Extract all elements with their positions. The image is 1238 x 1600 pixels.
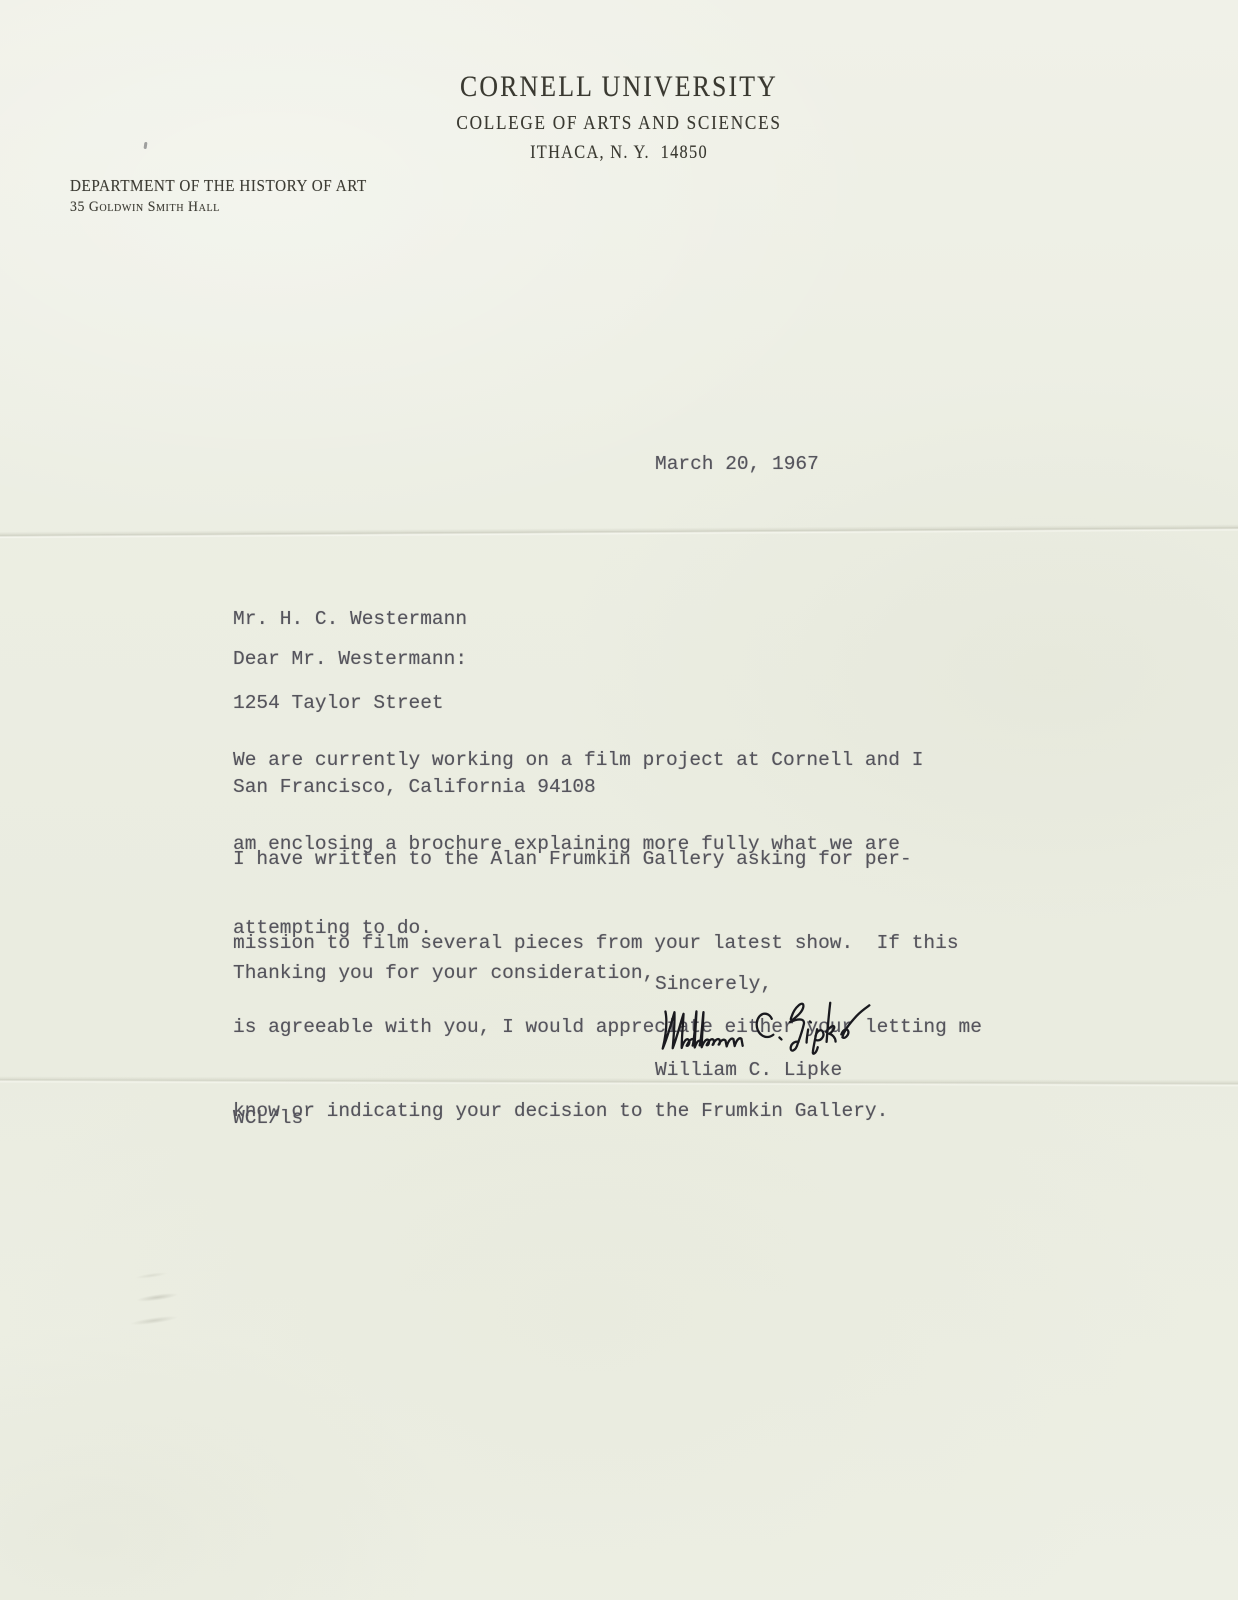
body-paragraph-3: Thanking you for your consideration,: [233, 903, 654, 1043]
recipient-name: Mr. H. C. Westermann: [233, 605, 596, 633]
paper-smudge: [103, 1256, 203, 1343]
typed-signature-name: William C. Lipke: [655, 1056, 842, 1084]
letterhead-department-block: DEPARTMENT OF THE HISTORY OF ART 35 Gold…: [70, 176, 367, 216]
typist-reference-initials: WCL/ls: [233, 1104, 303, 1132]
letter-date: March 20, 1967: [655, 450, 819, 478]
department-hall-address: 35 Goldwin Smith Hall: [70, 199, 367, 216]
body-line: know or indicating your decision to the …: [233, 1097, 982, 1125]
salutation: Dear Mr. Westermann:: [233, 645, 467, 673]
paper-fold-crease-upper: [0, 524, 1238, 539]
handwritten-signature: [657, 990, 874, 1061]
letterhead-university-name: CORNELL UNIVERSITY: [87, 70, 1152, 104]
body-line: Thanking you for your consideration,: [233, 959, 654, 987]
letterhead-location: ITHACA, N. Y. 14850: [87, 142, 1152, 164]
letterhead-college-name: COLLEGE OF ARTS AND SCIENCES: [87, 112, 1152, 135]
body-line: We are currently working on a film proje…: [233, 746, 923, 774]
scanned-letter-page: CORNELL UNIVERSITY COLLEGE OF ARTS AND S…: [0, 0, 1238, 1600]
letterhead: CORNELL UNIVERSITY COLLEGE OF ARTS AND S…: [87, 70, 1152, 164]
body-line: I have written to the Alan Frumkin Galle…: [233, 845, 982, 873]
department-name: DEPARTMENT OF THE HISTORY OF ART: [70, 176, 367, 196]
